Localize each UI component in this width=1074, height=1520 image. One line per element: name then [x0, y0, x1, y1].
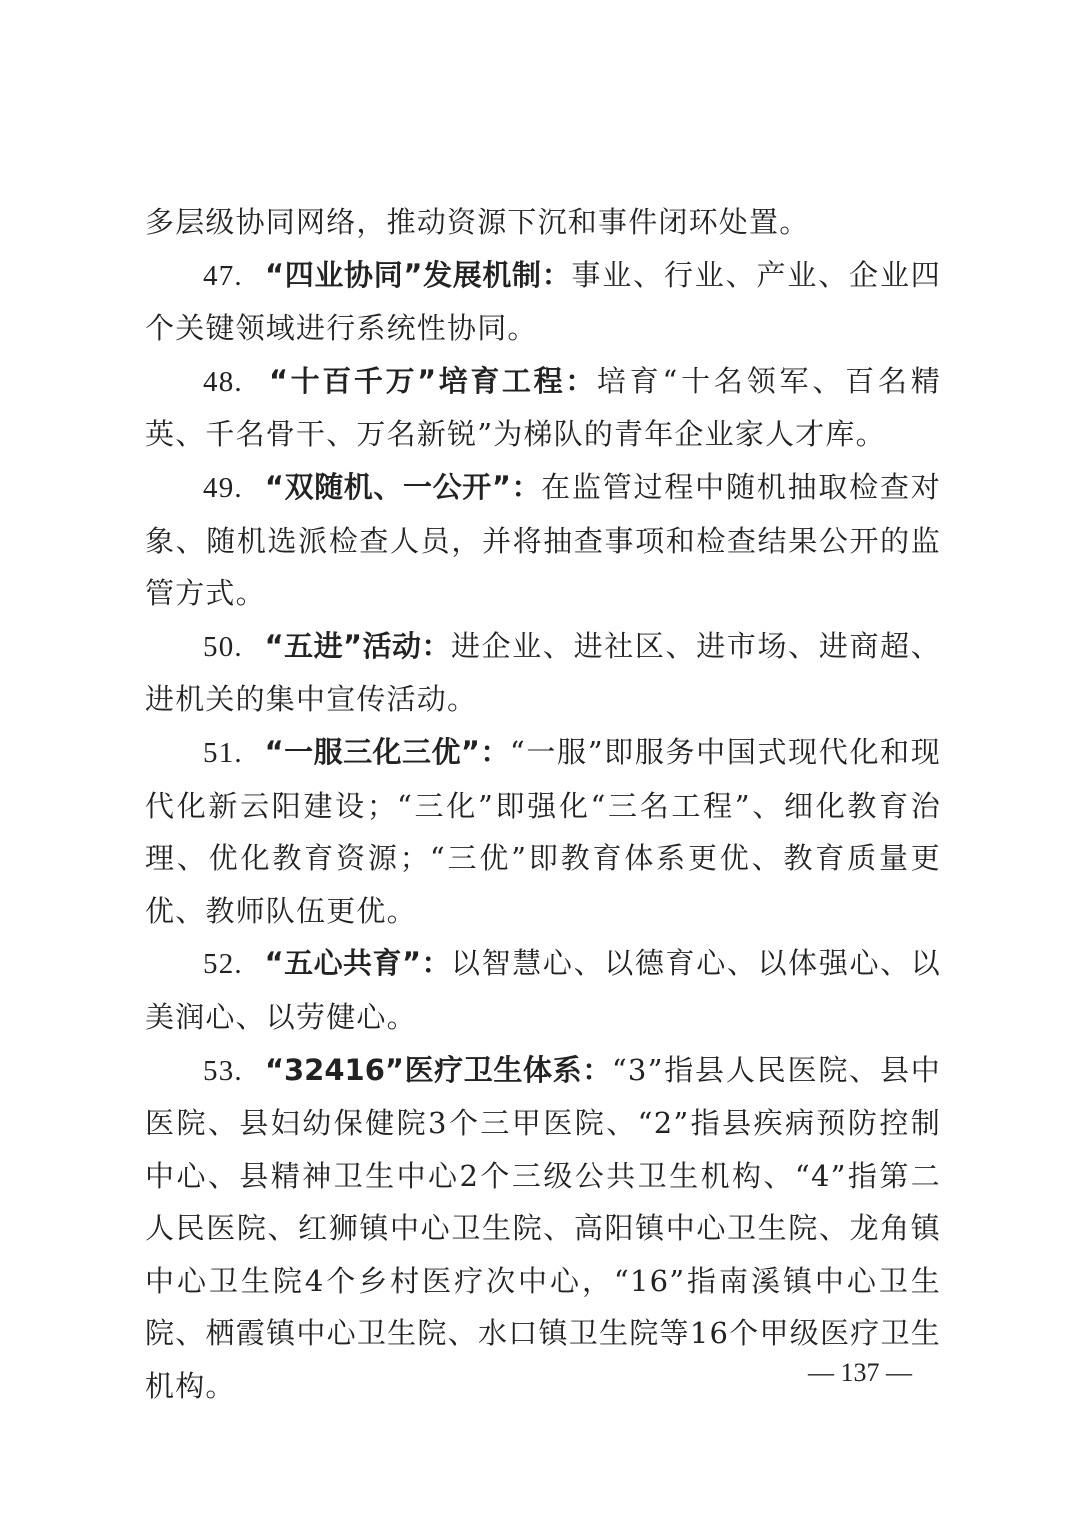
entry-number: 53. [203, 1055, 243, 1087]
page-number: — 137 — [790, 1358, 930, 1388]
glossary-entry-48: 48. “十百千万”培育工程：培育“十名领军、百名精英、千名骨干、万名新锐”为梯… [145, 355, 941, 461]
entry-term: “五心共育”： [265, 946, 451, 980]
paragraph-continuation: 多层级协同网络，推动资源下沉和事件闭环处置。 [145, 196, 941, 249]
glossary-entry-52: 52. “五心共育”：以智慧心、以德育心、以体强心、以美润心、以劳健心。 [145, 937, 941, 1043]
glossary-entry-50: 50. “五进”活动：进企业、进社区、进市场、进商超、进机关的集中宣传活动。 [145, 620, 941, 726]
entry-term: “32416”医疗卫生体系： [265, 1053, 612, 1087]
glossary-entry-49: 49. “双随机、一公开”：在监管过程中随机抽取检查对象、随机选派检查人员，并将… [145, 461, 941, 620]
entry-term: “双随机、一公开”： [265, 470, 541, 504]
paragraph-text: 多层级协同网络，推动资源下沉和事件闭环处置。 [145, 205, 809, 239]
entry-number: 49. [203, 472, 243, 504]
entry-term: “五进”活动： [265, 629, 451, 663]
glossary-entry-51: 51. “一服三化三优”：“一服”即服务中国式现代化和现代化新云阳建设；“三化”… [145, 726, 941, 937]
entry-number: 47. [203, 260, 243, 292]
glossary-content: 多层级协同网络，推动资源下沉和事件闭环处置。 47. “四业协同”发展机制：事业… [145, 196, 941, 1413]
document-page: 多层级协同网络，推动资源下沉和事件闭环处置。 47. “四业协同”发展机制：事业… [0, 0, 1074, 1520]
entry-number: 51. [203, 737, 243, 769]
entry-term: “四业协同”发展机制： [265, 258, 571, 292]
glossary-entry-47: 47. “四业协同”发展机制：事业、行业、产业、企业四个关键领域进行系统性协同。 [145, 249, 941, 355]
entry-number: 52. [203, 948, 243, 980]
entry-definition: “3”指县人民医院、县中医院、县妇幼保健院3个三甲医院、“2”指县疾病预防控制中… [145, 1053, 941, 1404]
entry-number: 48. [203, 366, 243, 398]
entry-number: 50. [203, 631, 243, 663]
entry-term: “十百千万”培育工程： [269, 364, 597, 398]
entry-term: “一服三化三优”： [265, 735, 510, 769]
